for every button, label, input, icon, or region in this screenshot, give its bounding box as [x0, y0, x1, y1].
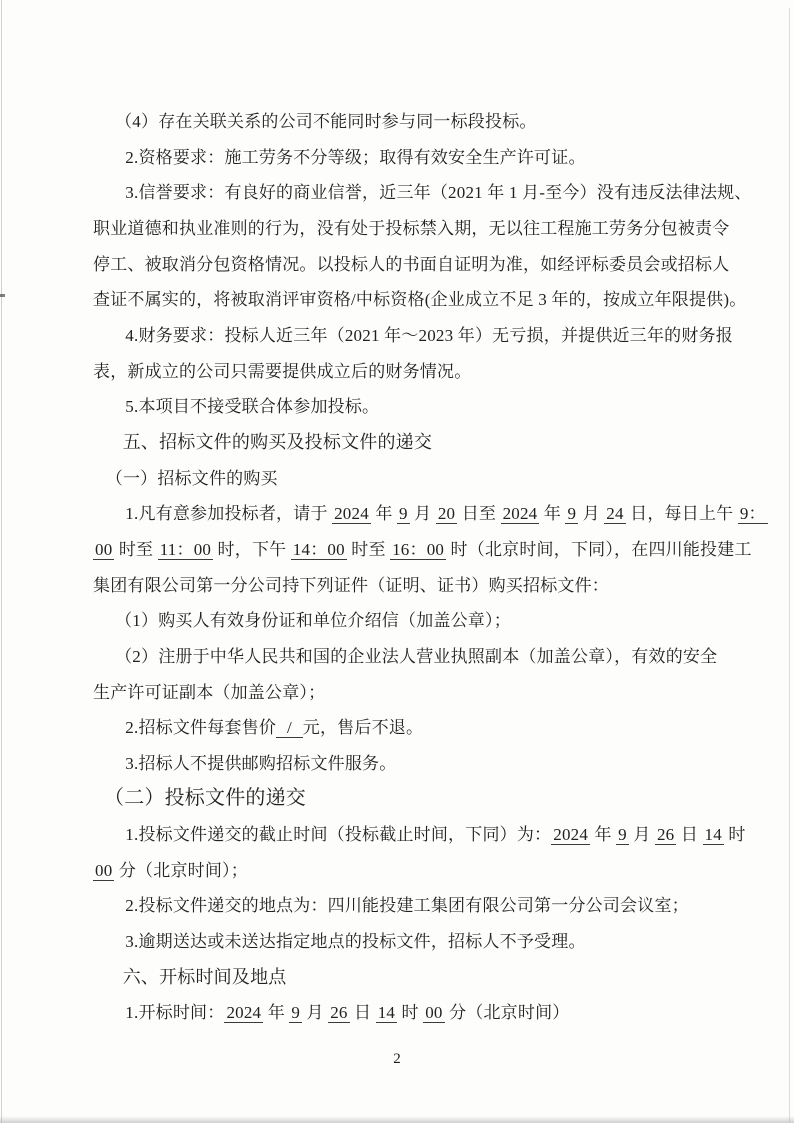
purchase-doc-2-line2: 生产许可证副本（加盖公章）； — [93, 675, 754, 711]
text-segment: 1.投标文件递交的截止时间（投标截止时间，下同）为： — [125, 825, 551, 844]
section-6-heading: 六、开标时间及地点 — [93, 960, 754, 996]
underlined-blank-value: 9 — [565, 504, 578, 524]
text-segment: 时，下午 — [213, 540, 291, 559]
text-segment: 停工、被取消分包资格情况。以投标人的书面自证明为准，如经评标委员会或招标人 — [93, 255, 729, 274]
text-segment: 日至 — [457, 504, 500, 523]
underlined-blank-value: 14 — [703, 825, 724, 845]
text-segment: 五、招标文件的购买及投标文件的递交 — [123, 432, 432, 452]
clause-4-finance-line1: 4.财务要求：投标人近三年（2021 年～2023 年）无亏损，并提供近三年的财… — [93, 318, 754, 354]
text-segment: （二）投标文件的递交 — [104, 787, 306, 809]
text-segment: 分（北京时间）； — [114, 861, 248, 880]
section-5-heading: 五、招标文件的购买及投标文件的递交 — [93, 425, 754, 461]
text-segment: 1.开标时间： — [125, 1003, 224, 1022]
clause-3-reputation-line4: 查证不属实的，将被取消评审资格/中标资格(企业成立不足 3 年的，按成立年限提供… — [93, 282, 754, 318]
underlined-blank-value: 2024 — [332, 504, 371, 524]
underlined-blank-value: 16：00 — [390, 540, 446, 560]
text-segment: 3.信誉要求：有良好的商业信誉，近三年（2021 年 1 月-至今）没有违反法律… — [125, 183, 751, 202]
purchase-clause-1-line1: 1.凡有意参加投标者，请于 2024 年 9 月 20 日至 2024 年 9 … — [93, 496, 754, 532]
text-segment: 时 — [397, 1003, 423, 1022]
text-segment: 3.招标人不提供邮购招标文件服务。 — [125, 754, 396, 773]
text-segment: 年 — [371, 504, 397, 523]
purchase-doc-2-line1: （2）注册于中华人民共和国的企业法人营业执照副本（加盖公章），有效的安全 — [93, 639, 754, 675]
text-segment: 年 — [263, 1003, 289, 1022]
clause-4-finance-line2: 表，新成立的公司只需要提供成立后的财务情况。 — [93, 354, 754, 390]
clause-4-related-companies: （4）存在关联关系的公司不能同时参与同一标段投标。 — [93, 104, 754, 140]
document-content: （4）存在关联关系的公司不能同时参与同一标段投标。2.资格要求：施工劳务不分等级… — [0, 0, 794, 1031]
underlined-blank-value: 9 — [397, 504, 410, 524]
purchase-clause-1-line2: 00 时至 11：00 时，下午 14：00 时至 16：00 时（北京时间，下… — [93, 532, 754, 568]
underlined-blank-value: 20 — [436, 504, 457, 524]
text-segment: 年 — [590, 825, 616, 844]
purchase-clause-1-line3: 集团有限公司第一分公司持下列证件（证明、证书）购买招标文件： — [93, 568, 754, 604]
text-segment: 元，售后不退。 — [303, 718, 423, 737]
text-segment: 集团有限公司第一分公司持下列证件（证明、证书）购买招标文件： — [93, 576, 609, 595]
text-segment: 时至 — [347, 540, 390, 559]
underlined-blank-value: 9 — [616, 825, 629, 845]
underlined-blank-value: / — [276, 718, 303, 738]
underlined-blank-value: 26 — [655, 825, 676, 845]
text-segment: 表，新成立的公司只需要提供成立后的财务情况。 — [93, 362, 471, 381]
page-number: 2 — [0, 1051, 794, 1068]
submit-clause-1-line2: 00 分（北京时间）； — [93, 853, 754, 889]
text-segment: 2.资格要求：施工劳务不分等级；取得有效安全生产许可证。 — [125, 148, 585, 167]
text-segment: 1.凡有意参加投标者，请于 — [125, 504, 332, 523]
text-segment: （1）购买人有效身份证和单位介绍信（加盖公章）； — [115, 611, 511, 630]
purchase-clause-2-price: 2.招标文件每套售价 / 元，售后不退。 — [93, 710, 754, 746]
clause-2-qualification: 2.资格要求：施工劳务不分等级；取得有效安全生产许可证。 — [93, 140, 754, 176]
underlined-blank-value: 24 — [604, 504, 625, 524]
underlined-blank-value: 11：00 — [158, 540, 213, 560]
text-segment: 职业道德和执业准则的行为，没有处于投标禁入期，无以往工程施工劳务分包被责令 — [93, 219, 729, 238]
text-segment: 2.招标文件每套售价 — [125, 718, 276, 737]
text-segment: 日 — [676, 825, 702, 844]
clause-3-reputation-line3: 停工、被取消分包资格情况。以投标人的书面自证明为准，如经评标委员会或招标人 — [93, 247, 754, 283]
text-segment: 月 — [629, 825, 655, 844]
underlined-blank-value: 9 — [289, 1003, 302, 1023]
underlined-blank-value: 2024 — [551, 825, 590, 845]
underlined-blank-value: 00 — [423, 1003, 444, 1023]
underlined-blank-value: 00 — [93, 540, 114, 560]
clause-5-no-consortium: 5.本项目不接受联合体参加投标。 — [93, 389, 754, 425]
subsection-1-heading: （一）招标文件的购买 — [93, 461, 754, 497]
scan-edge-bottom-shadow — [0, 1116, 794, 1123]
purchase-doc-1: （1）购买人有效身份证和单位介绍信（加盖公章）； — [93, 603, 754, 639]
text-segment: 4.财务要求：投标人近三年（2021 年～2023 年）无亏损，并提供近三年的财… — [125, 326, 733, 345]
text-segment: 时（北京时间，下同），在四川能投建工 — [446, 540, 752, 559]
clause-3-reputation-line2: 职业道德和执业准则的行为，没有处于投标禁入期，无以往工程施工劳务分包被责令 — [93, 211, 754, 247]
text-segment: 月 — [410, 504, 436, 523]
text-segment: 月 — [302, 1003, 328, 1022]
underlined-blank-value: 14 — [376, 1003, 397, 1023]
subsection-2-heading: （二）投标文件的递交 — [93, 781, 754, 817]
underlined-blank-value: 9： — [738, 504, 768, 524]
text-segment: 日，每日上午 — [626, 504, 738, 523]
text-segment: 查证不属实的，将被取消评审资格/中标资格(企业成立不足 3 年的，按成立年限提供… — [93, 290, 746, 309]
text-segment: 日 — [350, 1003, 376, 1022]
open-clause-1-time: 1.开标时间：2024 年 9 月 26 日 14 时 00 分（北京时间） — [93, 995, 754, 1031]
submit-clause-3-late: 3.逾期送达或未送达指定地点的投标文件，招标人不予受理。 — [93, 924, 754, 960]
text-segment: 分（北京时间） — [445, 1003, 570, 1022]
text-segment: （一）招标文件的购买 — [106, 469, 278, 488]
text-segment: 3.逾期送达或未送达指定地点的投标文件，招标人不予受理。 — [125, 932, 585, 951]
scanned-document-page: （4）存在关联关系的公司不能同时参与同一标段投标。2.资格要求：施工劳务不分等级… — [0, 0, 794, 1123]
underlined-blank-value: 2024 — [224, 1003, 263, 1023]
text-segment: 六、开标时间及地点 — [123, 967, 287, 987]
clause-3-reputation-line1: 3.信誉要求：有良好的商业信誉，近三年（2021 年 1 月-至今）没有违反法律… — [93, 175, 754, 211]
underlined-blank-value: 00 — [93, 861, 114, 881]
text-segment: （2）注册于中华人民共和国的企业法人营业执照副本（加盖公章），有效的安全 — [115, 647, 717, 666]
purchase-clause-3-no-mail: 3.招标人不提供邮购招标文件服务。 — [93, 746, 754, 782]
underlined-blank-value: 26 — [328, 1003, 349, 1023]
text-segment: 时至 — [114, 540, 157, 559]
text-segment: 年 — [539, 504, 565, 523]
underlined-blank-value: 14：00 — [291, 540, 347, 560]
text-segment: 2.投标文件递交的地点为：四川能投建工集团有限公司第一分公司会议室； — [125, 896, 689, 915]
text-segment: 生产许可证副本（加盖公章）； — [93, 683, 325, 702]
text-segment: 月 — [578, 504, 604, 523]
submit-clause-2-place: 2.投标文件递交的地点为：四川能投建工集团有限公司第一分公司会议室； — [93, 888, 754, 924]
submit-clause-1-line1: 1.投标文件递交的截止时间（投标截止时间，下同）为：2024 年 9 月 26 … — [93, 817, 754, 853]
text-segment: 5.本项目不接受联合体参加投标。 — [125, 397, 379, 416]
text-segment: 时 — [724, 825, 746, 844]
text-segment: （4）存在关联关系的公司不能同时参与同一标段投标。 — [115, 112, 537, 131]
underlined-blank-value: 2024 — [501, 504, 540, 524]
